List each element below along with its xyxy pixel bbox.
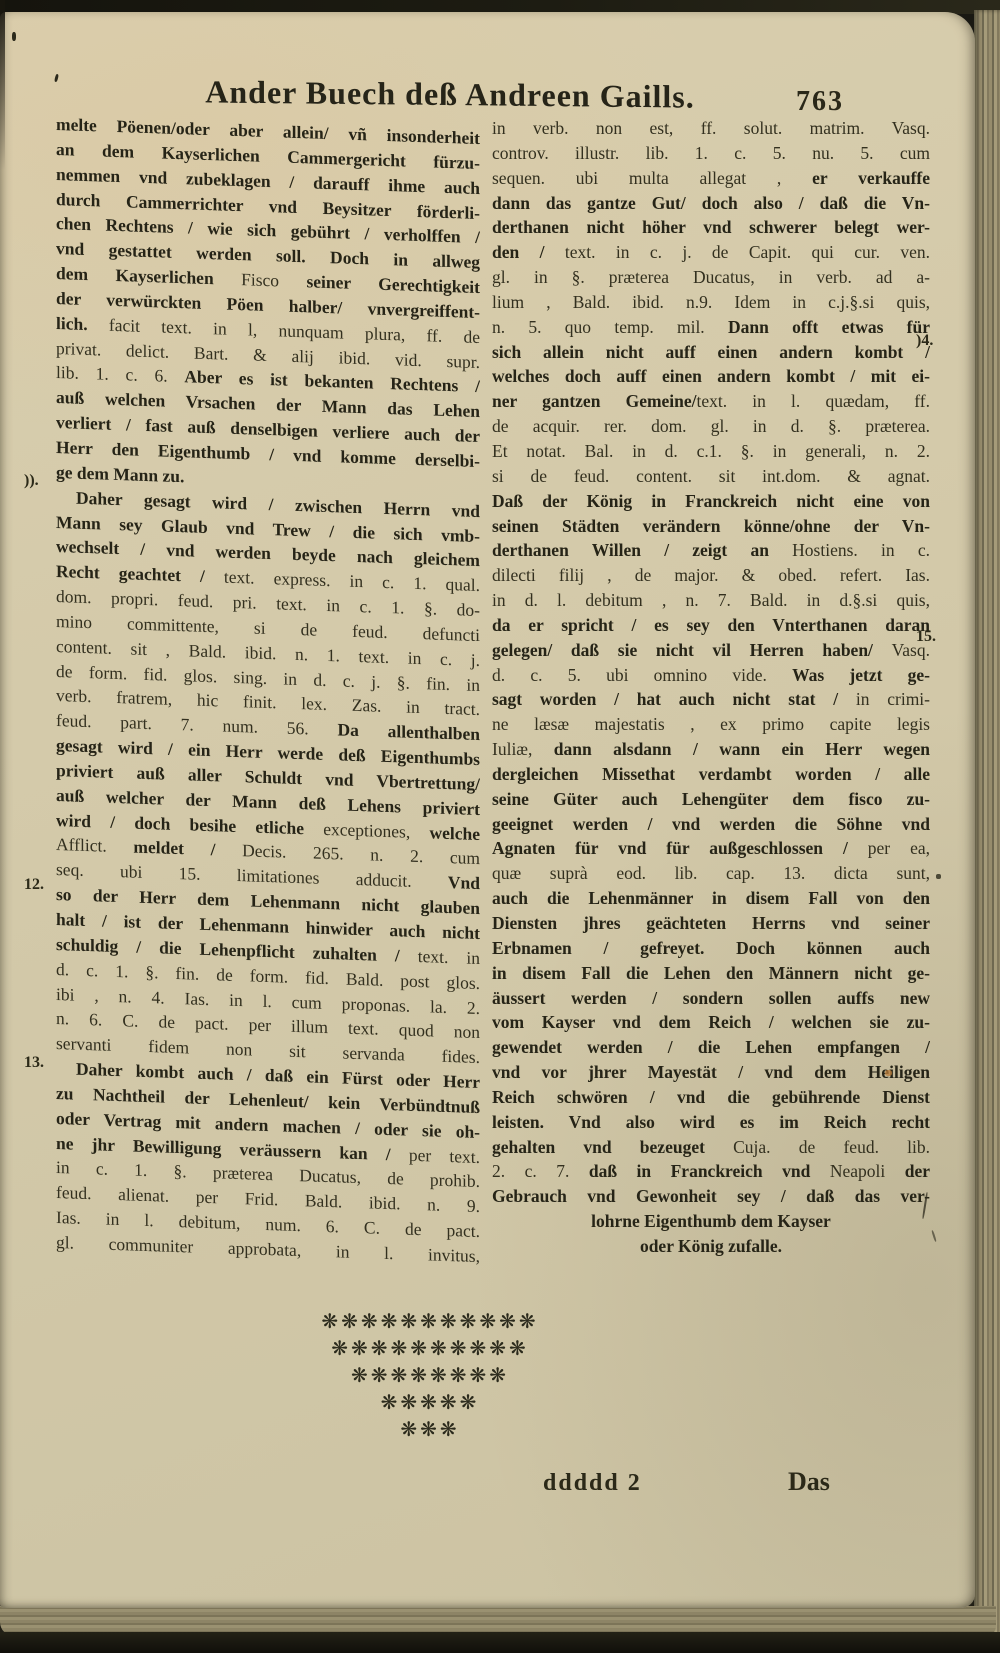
text-line: de acquir. rer. dom. gl. in d. §. præter…	[492, 414, 930, 439]
text-line: Erbnamen / gefreyet. Doch können auch	[492, 936, 930, 961]
text-line: derthanen Willen / zeigt an Hostiens. in…	[492, 538, 930, 563]
marginal-note: 15.	[916, 628, 936, 646]
catchword: Das	[788, 1467, 830, 1497]
tailpiece-ornament: ❋❋❋❋❋❋❋❋❋❋❋❋❋❋❋❋❋❋❋❋❋❋❋❋❋❋❋❋❋❋❋❋❋❋❋❋❋	[280, 1308, 580, 1443]
text-line: 2. c. 7. daß in Franckreich vnd Neapoli …	[492, 1159, 930, 1184]
text-line: sagt worden / hat auch nicht stat / in c…	[492, 687, 930, 712]
text-line: d. c. 5. ubi omnino vide. Was jetzt ge-	[492, 663, 930, 688]
left-column: melte Pöenen/oder aber allein/ vñ insond…	[56, 112, 480, 1269]
ornament-row: ❋❋❋❋❋❋❋❋❋❋	[280, 1335, 580, 1362]
text-line: Daß der König in Franckreich nicht eine …	[492, 489, 930, 514]
text-line: Iuliæ, dann alsdann / wann ein Herr wege…	[492, 737, 930, 762]
ornament-row: ❋❋❋	[280, 1416, 580, 1443]
text-line: da er spricht / es sey den Vnterthanen d…	[492, 613, 930, 638]
text-line: oder König zufalle.	[492, 1234, 930, 1259]
text-line: Diensten jhres geächteten Herrns vnd sei…	[492, 911, 930, 936]
text-line: Reich schwören / vnd die gebührende Dien…	[492, 1085, 930, 1110]
ink-speck	[936, 874, 941, 879]
text-line: gelegen/ daß sie nicht vil Herren haben/…	[492, 638, 930, 663]
marginal-note: )4.	[916, 332, 933, 350]
ornament-row: ❋❋❋❋❋❋❋❋	[280, 1362, 580, 1389]
text-line: seine Güter auch Lehengüter dem fisco zu…	[492, 787, 930, 812]
text-line: sich allein nicht auff einen andern komb…	[492, 340, 930, 365]
text-line: gl. in §. præterea Ducatus, in verb. ad …	[492, 265, 930, 290]
text-line: in verb. non est, ff. solut. matrim. Vas…	[492, 116, 930, 141]
text-line: derthanen nicht höher vnd schwerer beleg…	[492, 215, 930, 240]
text-line: gehalten vnd bezeuget Cuja. de feud. lib…	[492, 1135, 930, 1160]
text-line: den / text. in c. j. de Capit. qui cur. …	[492, 240, 930, 265]
text-line: geeignet werden / vnd werden die Söhne v…	[492, 812, 930, 837]
text-line: seinen Städten verändern könne/ohne der …	[492, 514, 930, 539]
text-line: Gebrauch vnd Gewonheit sey / daß das ver…	[492, 1184, 930, 1209]
marginal-note: 12.	[24, 876, 44, 894]
page-block-edge-right	[974, 10, 1000, 1638]
ink-speck	[54, 74, 59, 82]
marginal-note: 13.	[24, 1054, 44, 1072]
text-line: Agnaten für vnd für außgeschlossen / per…	[492, 836, 930, 861]
page-number: 763	[796, 86, 844, 118]
text-line: ne læsæ majestatis , ex primo capite leg…	[492, 712, 930, 737]
text-line: in disem Fall die Lehen den Männern nich…	[492, 961, 930, 986]
ornament-row: ❋❋❋❋❋❋❋❋❋❋❋	[280, 1308, 580, 1335]
text-line: vnd vor jhrer Mayestät / vnd dem Heilige…	[492, 1060, 930, 1085]
book-edge-left	[0, 0, 5, 170]
text-line: welches doch auff einen andern kombt / m…	[492, 364, 930, 389]
text-line: gewendet werden / die Lehen empfangen /	[492, 1035, 930, 1060]
ornament-row: ❋❋❋❋❋	[280, 1389, 580, 1416]
text-line: si de feud. content. sit int.dom. & agna…	[492, 464, 930, 489]
text-line: vom Kayser vnd dem Reich / welchen sie z…	[492, 1010, 930, 1035]
running-title: Ander Buech deß Andreen Gaills.	[125, 73, 775, 117]
right-column: in verb. non est, ff. solut. matrim. Vas…	[492, 116, 930, 1259]
ink-speck	[931, 1230, 937, 1242]
text-line: ner gantzen Gemeine/text. in l. quædam, …	[492, 389, 930, 414]
text-line: Et notat. Bal. in d. c.1. §. in generali…	[492, 439, 930, 464]
text-line: n. 5. quo temp. mil. Dann offt etwas für	[492, 315, 930, 340]
text-line: sequen. ubi multa allegat , er verkauffe	[492, 166, 930, 191]
signature-mark: ddddd 2	[543, 1470, 642, 1497]
text-line: quæ suprà eod. lib. cap. 13. dicta sunt,	[492, 861, 930, 886]
text-line: dilecti filij , de major. & obed. refert…	[492, 563, 930, 588]
book-page-scan: Ander Buech deß Andreen Gaills. 763 melt…	[0, 0, 1000, 1653]
marginal-note: )).	[24, 472, 39, 490]
text-line: dann das gantze Gut/ doch also / daß die…	[492, 191, 930, 216]
book-edge-bottom	[0, 1632, 1000, 1653]
text-line: auch die Lehenmänner in disem Fall von d…	[492, 886, 930, 911]
ink-speck	[12, 32, 16, 41]
text-line: in d. l. debitum , n. 7. Bald. in d.§.si…	[492, 588, 930, 613]
text-line: leisten. Vnd also wird es im Reich recht	[492, 1110, 930, 1135]
text-line: controv. illustr. lib. 1. c. 5. nu. 5. c…	[492, 141, 930, 166]
text-line: lium , Bald. ibid. n.9. Idem in c.j.§.si…	[492, 290, 930, 315]
stain-speck	[885, 1070, 892, 1076]
page-paper: Ander Buech deß Andreen Gaills. 763 melt…	[0, 12, 975, 1608]
text-line: lohrne Eigenthumb dem Kayser	[492, 1209, 930, 1234]
text-line: dergleichen Missethat verdambt worden / …	[492, 762, 930, 787]
text-line: äussert werden / sondern sollen auffs ne…	[492, 986, 930, 1011]
